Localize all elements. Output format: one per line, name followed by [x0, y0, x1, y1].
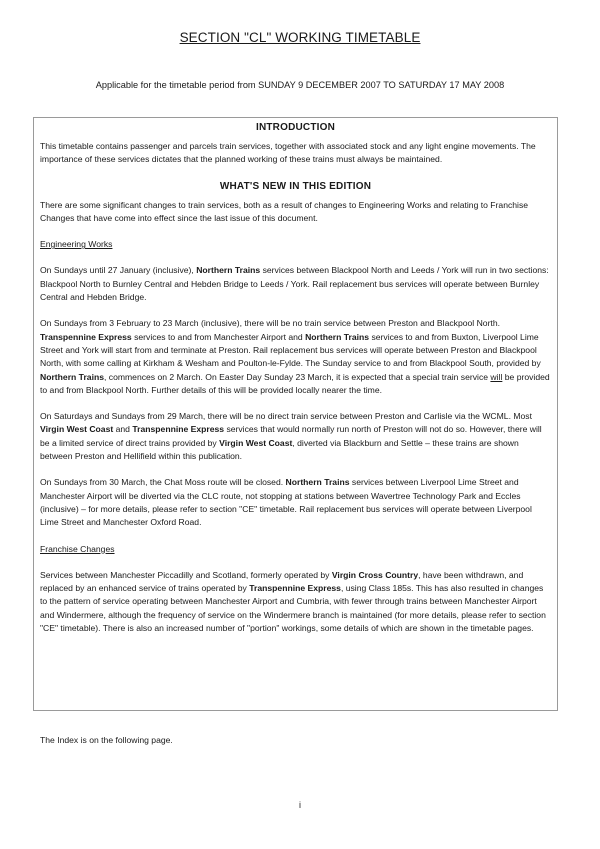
introduction-box: INTRODUCTION This timetable contains pas… — [33, 117, 558, 711]
text-run: On Saturdays and Sundays from 29 March, … — [40, 411, 532, 421]
page-number: i — [0, 800, 600, 810]
text-run: and — [113, 424, 132, 434]
operator-name: Transpennine Express — [40, 332, 132, 342]
emphasis-will: will — [490, 372, 502, 382]
operator-name: Transpennine Express — [249, 583, 341, 593]
timetable-period: Applicable for the timetable period from… — [0, 80, 600, 90]
operator-name: Virgin Cross Country — [332, 570, 418, 580]
operator-name: Northern Trains — [196, 265, 260, 275]
engineering-works-paragraph-1: On Sundays until 27 January (inclusive),… — [40, 264, 551, 304]
franchise-changes-paragraph: Services between Manchester Piccadilly a… — [40, 569, 551, 635]
index-note: The Index is on the following page. — [40, 735, 173, 745]
text-run: On Sundays from 30 March, the Chat Moss … — [40, 477, 286, 487]
operator-name: Transpennine Express — [132, 424, 224, 434]
introduction-heading: INTRODUCTION — [40, 122, 551, 133]
engineering-works-paragraph-4: On Sundays from 30 March, the Chat Moss … — [40, 476, 551, 529]
text-run: services to and from Manchester Airport … — [132, 332, 305, 342]
operator-name: Northern Trains — [40, 372, 104, 382]
text-run: , commences on 2 March. On Easter Day Su… — [104, 372, 490, 382]
whats-new-text: There are some significant changes to tr… — [40, 199, 551, 226]
operator-name: Northern Trains — [305, 332, 369, 342]
text-run: On Sundays from 3 February to 23 March (… — [40, 318, 500, 328]
text-run: Services between Manchester Piccadilly a… — [40, 570, 332, 580]
whats-new-heading: WHAT'S NEW IN THIS EDITION — [40, 181, 551, 192]
introduction-text: This timetable contains passenger and pa… — [40, 140, 551, 167]
franchise-changes-heading: Franchise Changes — [40, 543, 551, 556]
engineering-works-paragraph-2: On Sundays from 3 February to 23 March (… — [40, 317, 551, 397]
engineering-works-paragraph-3: On Saturdays and Sundays from 29 March, … — [40, 410, 551, 463]
operator-name: Northern Trains — [286, 477, 350, 487]
operator-name: Virgin West Coast — [219, 438, 292, 448]
text-run: On Sundays until 27 January (inclusive), — [40, 265, 196, 275]
engineering-works-heading: Engineering Works — [40, 238, 551, 251]
operator-name: Virgin West Coast — [40, 424, 113, 434]
page-title: SECTION "CL" WORKING TIMETABLE — [0, 30, 600, 45]
